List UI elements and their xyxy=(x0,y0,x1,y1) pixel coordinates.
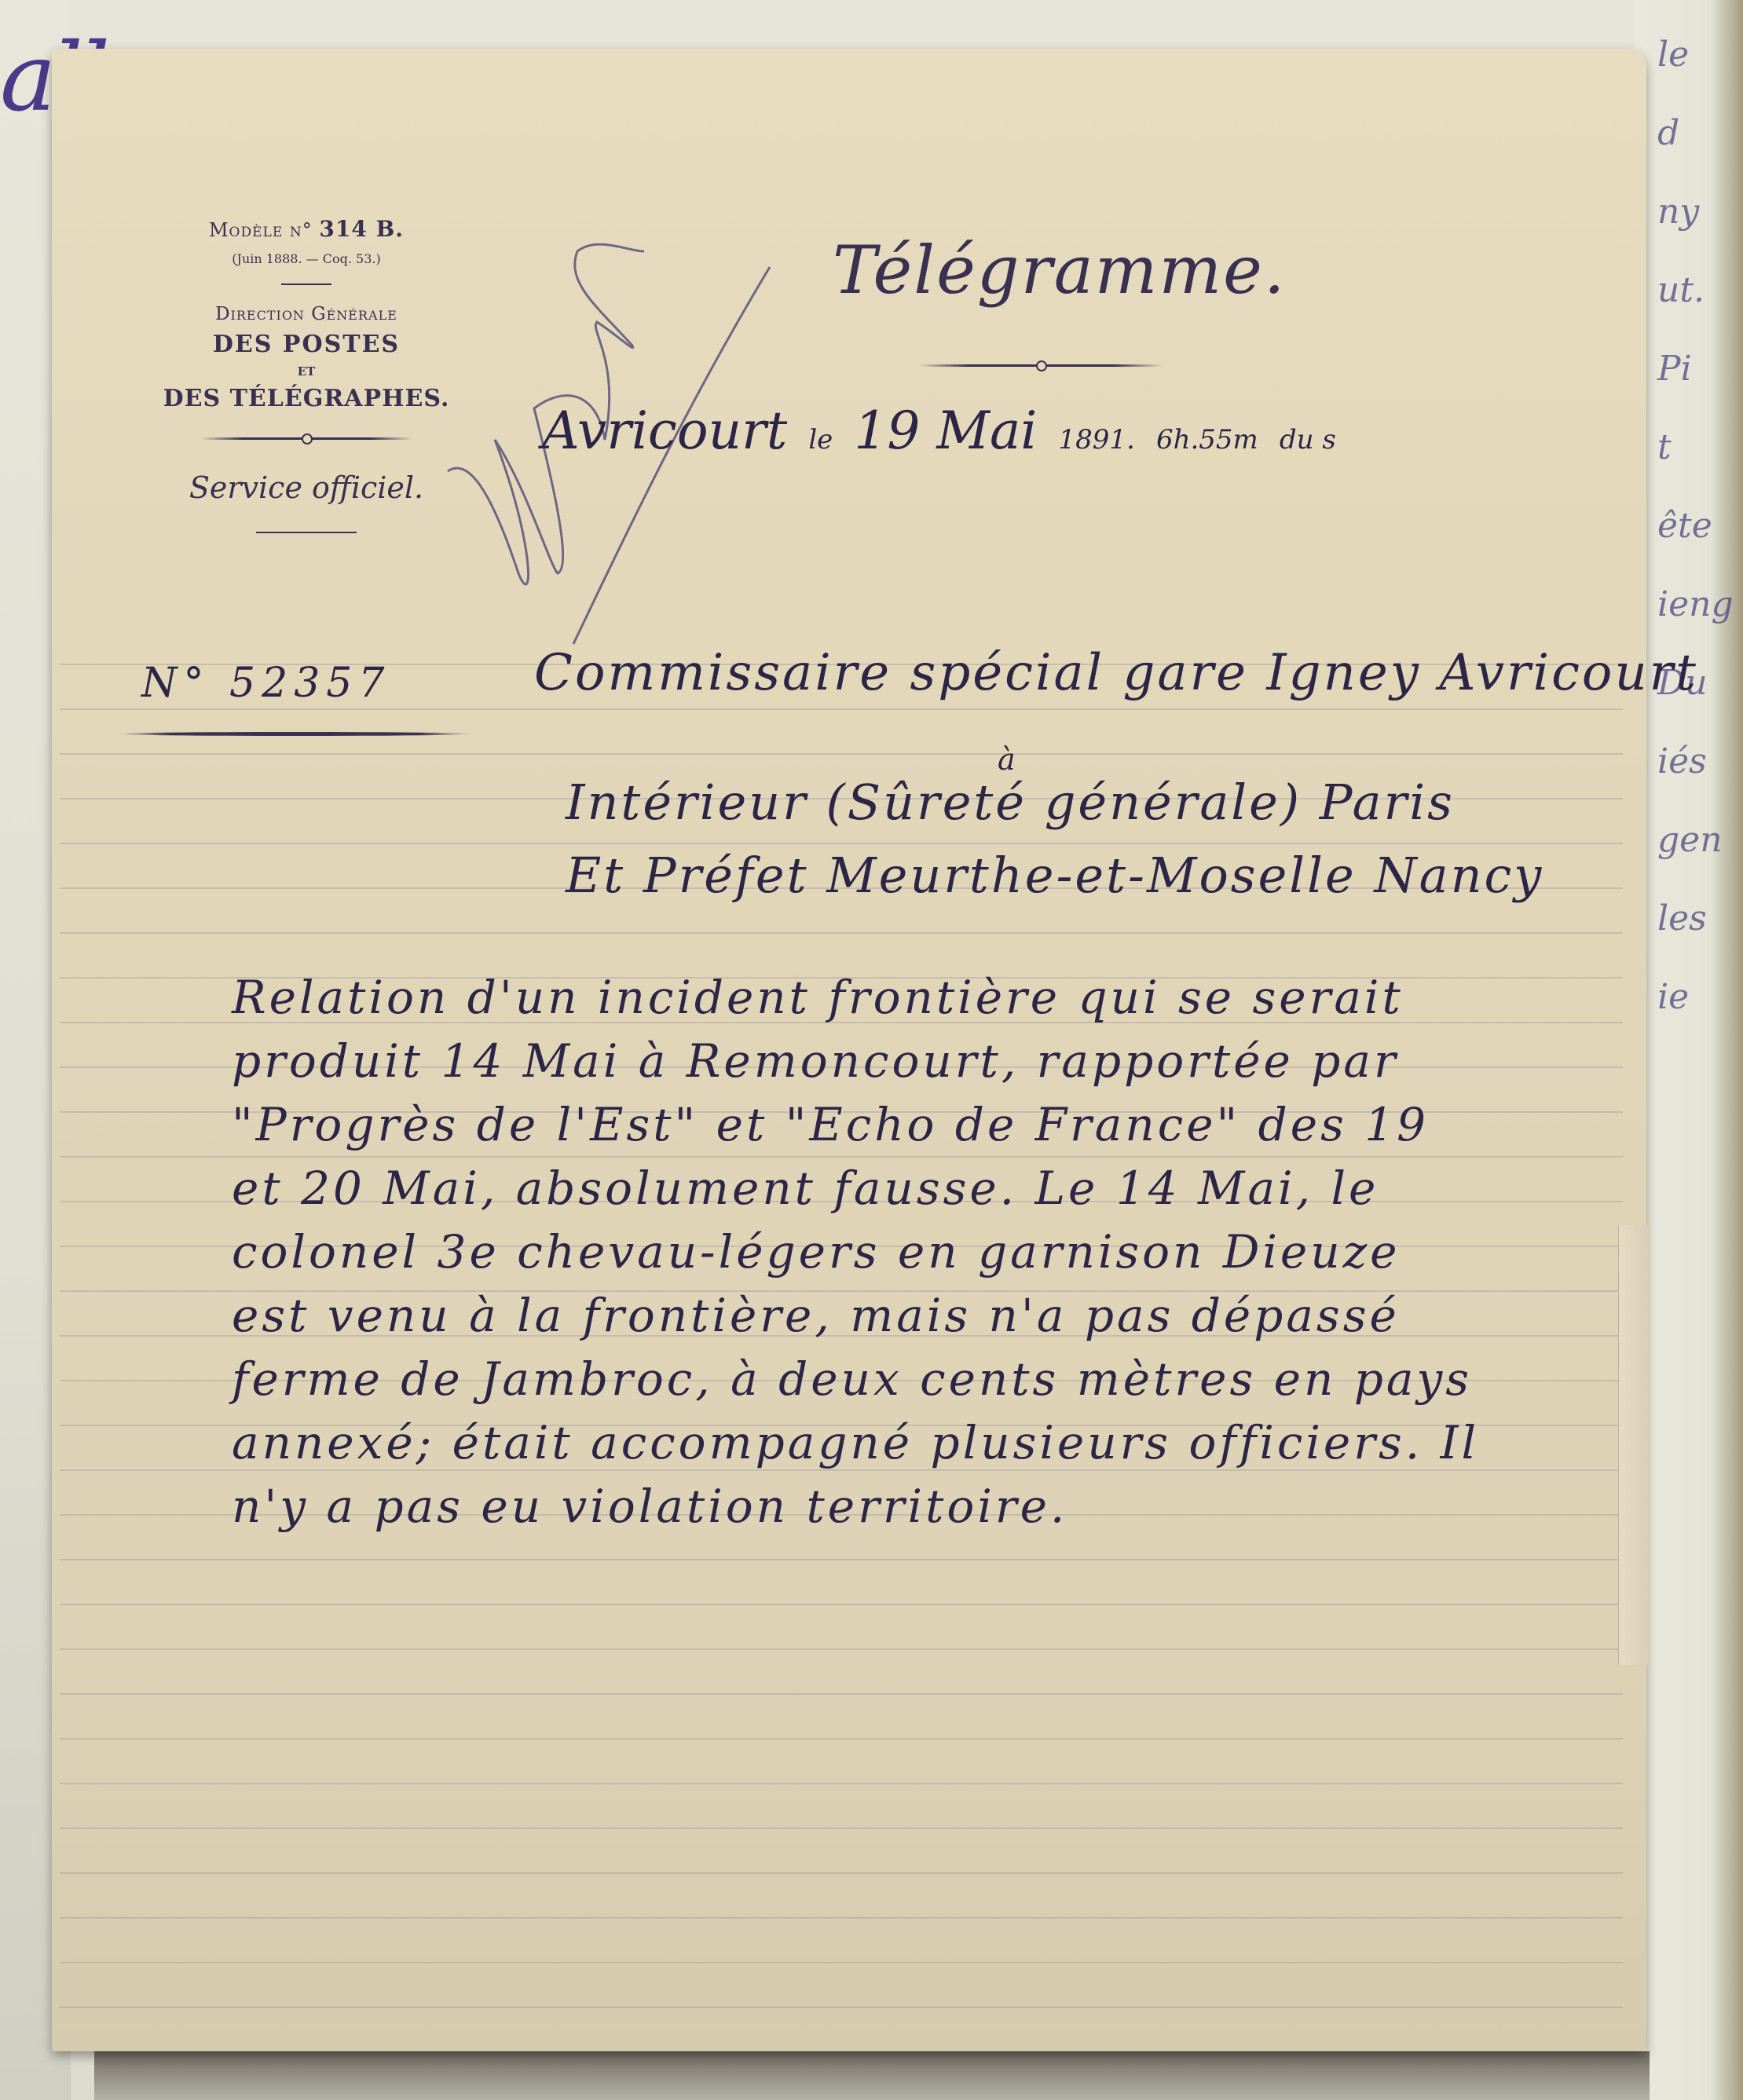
des-telegraphes: DES TÉLÉGRAPHES. xyxy=(118,385,495,412)
time: 6h.55m xyxy=(1156,424,1258,455)
numero-underline xyxy=(118,732,471,736)
telegram-number: N° 52357 xyxy=(141,660,390,707)
numero-value: 52357 xyxy=(229,660,390,707)
time-suffix: du s xyxy=(1280,424,1336,455)
origin-city: Avricourt xyxy=(542,401,787,461)
date-day-month: 19 Mai xyxy=(854,401,1037,461)
numero-prefix: N° xyxy=(141,660,211,707)
fragment: Pi xyxy=(1657,330,1736,408)
modele-line: Modèle n° 314 B. xyxy=(118,216,495,242)
fragment: iés xyxy=(1657,723,1736,801)
et-label: ET xyxy=(118,364,495,379)
fragment: t xyxy=(1657,408,1736,487)
body-line: produit 14 Mai à Remoncourt, rapportée p… xyxy=(232,1030,1646,1093)
fragment: le xyxy=(1657,16,1736,94)
fragment: gen xyxy=(1657,801,1736,880)
date-prefix: le xyxy=(808,424,833,455)
printed-header: Modèle n° 314 B. (Juin 1888. — Coq. 53.)… xyxy=(118,216,495,533)
origin-date-line: Avricourt le 19 Mai 1891. 6h.55m du s xyxy=(542,401,1353,461)
des-postes: DES POSTES xyxy=(118,331,495,358)
sender-line: Commissaire spécial gare Igney Avricourt xyxy=(534,644,1698,702)
body-line: annexé; était accompagné plusieurs offic… xyxy=(232,1411,1646,1475)
body-line: est venu à la frontière, mais n'a pas dé… xyxy=(232,1284,1646,1348)
fragment: ieng xyxy=(1657,565,1736,644)
ornament-divider-icon xyxy=(919,360,1163,371)
message-body: Relation d'un incident frontière qui se … xyxy=(232,966,1646,1538)
fragment: ête xyxy=(1657,487,1736,565)
divider xyxy=(281,284,331,285)
fragment: d xyxy=(1657,94,1736,173)
body-line: n'y a pas eu violation territoire. xyxy=(232,1475,1646,1538)
edition-note: (Juin 1888. — Coq. 53.) xyxy=(118,251,495,266)
to-word: à xyxy=(998,742,1016,777)
body-line: colonel 3e chevau-légers en garnison Die… xyxy=(232,1220,1646,1284)
body-line: "Progrès de l'Est" et "Echo de France" d… xyxy=(232,1093,1646,1157)
service-officiel: Service officiel. xyxy=(118,470,495,505)
background-handwriting-right: le d ny ut. Pi t ête ieng Du iés gen les… xyxy=(1657,16,1736,1037)
modele-number: 314 B. xyxy=(319,216,404,242)
fragment: les xyxy=(1657,880,1736,958)
direction-generale: Direction Générale xyxy=(118,304,495,324)
fragment: ny xyxy=(1657,173,1736,251)
recipient-line: Intérieur (Sûreté générale) Paris xyxy=(566,774,1455,831)
divider xyxy=(256,532,357,533)
table-shadow xyxy=(94,2051,1650,2100)
ornament-divider-icon xyxy=(200,433,412,444)
date-year: 1891. xyxy=(1059,424,1135,455)
recipient-line: Et Préfet Meurthe-et-Moselle Nancy xyxy=(566,847,1543,904)
body-line: et 20 Mai, absolument fausse. Le 14 Mai,… xyxy=(232,1157,1646,1220)
modele-prefix: Modèle n° xyxy=(209,219,313,241)
fragment: ut. xyxy=(1657,251,1736,330)
body-line: Relation d'un incident frontière qui se … xyxy=(232,966,1646,1030)
fragment: ie xyxy=(1657,958,1736,1037)
page-title: Télégramme. xyxy=(833,232,1287,309)
body-line: ferme de Jambroc, à deux cents mètres en… xyxy=(232,1348,1646,1411)
